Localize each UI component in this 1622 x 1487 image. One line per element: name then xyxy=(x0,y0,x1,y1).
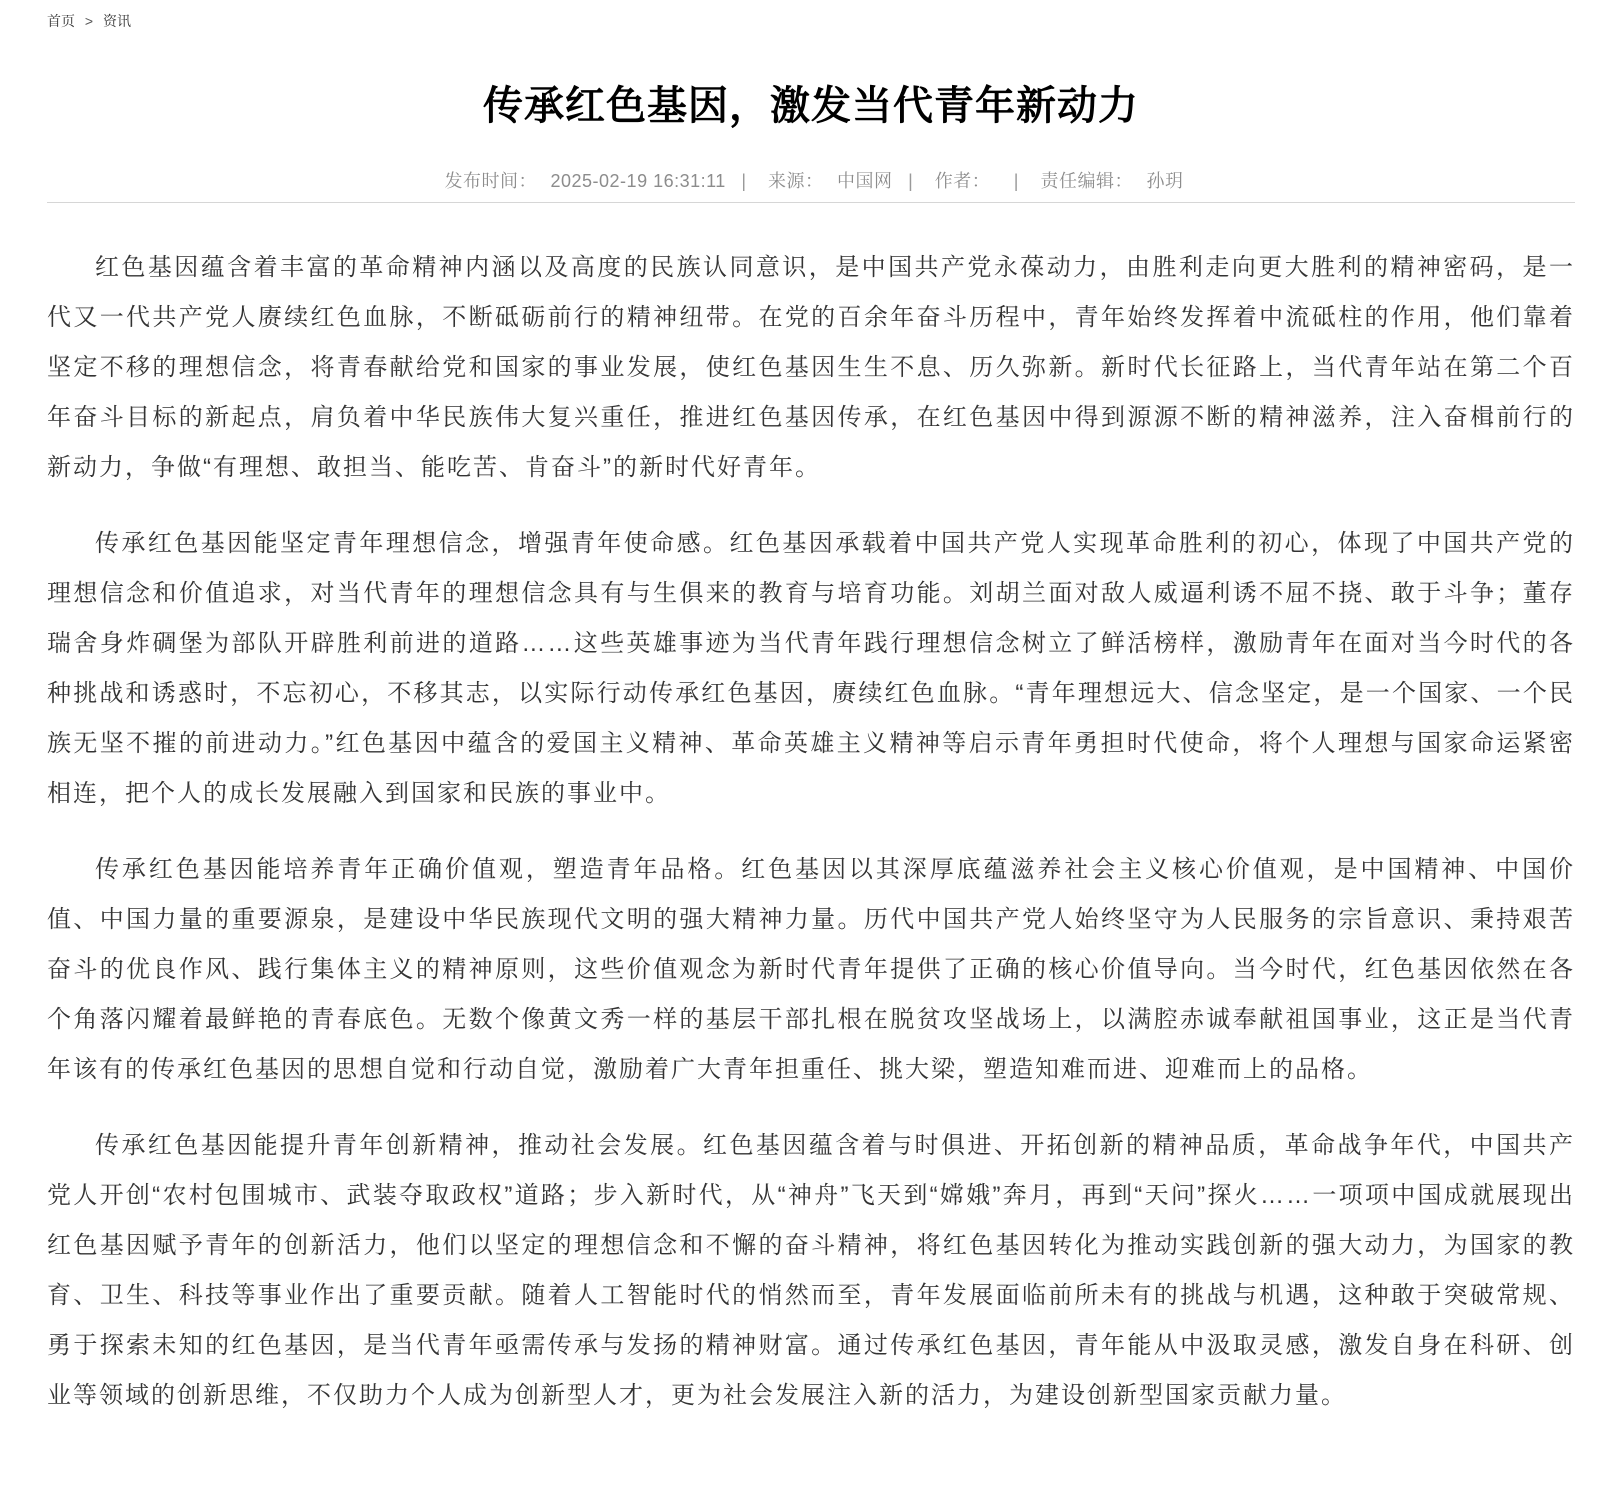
article-container: 传承红色基因，激发当代青年新动力 发布时间： 2025-02-19 16:31:… xyxy=(47,82,1575,1487)
breadcrumb-home-link[interactable]: 首页 xyxy=(47,13,75,29)
article-meta: 发布时间： 2025-02-19 16:31:11 | 来源： 中国网 | 作者… xyxy=(47,170,1575,192)
breadcrumb-current-link[interactable]: 资讯 xyxy=(103,13,131,29)
editor-value: 孙玥 xyxy=(1147,171,1184,191)
meta-separator: | xyxy=(1014,171,1019,191)
breadcrumb-separator: > xyxy=(85,13,93,29)
article-paragraph: 红色基因蕴含着丰富的革命精神内涵以及高度的民族认同意识，是中国共产党永葆动力，由… xyxy=(47,243,1575,493)
article-body: 红色基因蕴含着丰富的革命精神内涵以及高度的民族认同意识，是中国共产党永葆动力，由… xyxy=(47,203,1575,1487)
article-paragraph: 传承红色基因能提升青年创新精神，推动社会发展。红色基因蕴含着与时俱进、开拓创新的… xyxy=(47,1121,1575,1421)
publish-time-label: 发布时间： xyxy=(444,171,537,191)
article-paragraph: 传承红色基因能坚定青年理想信念，增强青年使命感。红色基因承载着中国共产党人实现革… xyxy=(47,519,1575,819)
article-paragraph: 传承红色基因能培养青年正确价值观，塑造青年品格。红色基因以其深厚底蕴滋养社会主义… xyxy=(47,845,1575,1095)
meta-separator: | xyxy=(741,171,746,191)
source-value: 中国网 xyxy=(837,171,893,191)
source-label: 来源： xyxy=(768,171,824,191)
article-page: 首页 > 资讯 传承红色基因，激发当代青年新动力 发布时间： 2025-02-1… xyxy=(0,0,1622,1487)
publish-time-value: 2025-02-19 16:31:11 xyxy=(551,171,726,191)
editor-label: 责任编辑： xyxy=(1040,171,1133,191)
meta-separator: | xyxy=(908,171,913,191)
author-label: 作者： xyxy=(935,171,991,191)
article-title: 传承红色基因，激发当代青年新动力 xyxy=(47,82,1575,130)
breadcrumb: 首页 > 资讯 xyxy=(0,0,1622,30)
